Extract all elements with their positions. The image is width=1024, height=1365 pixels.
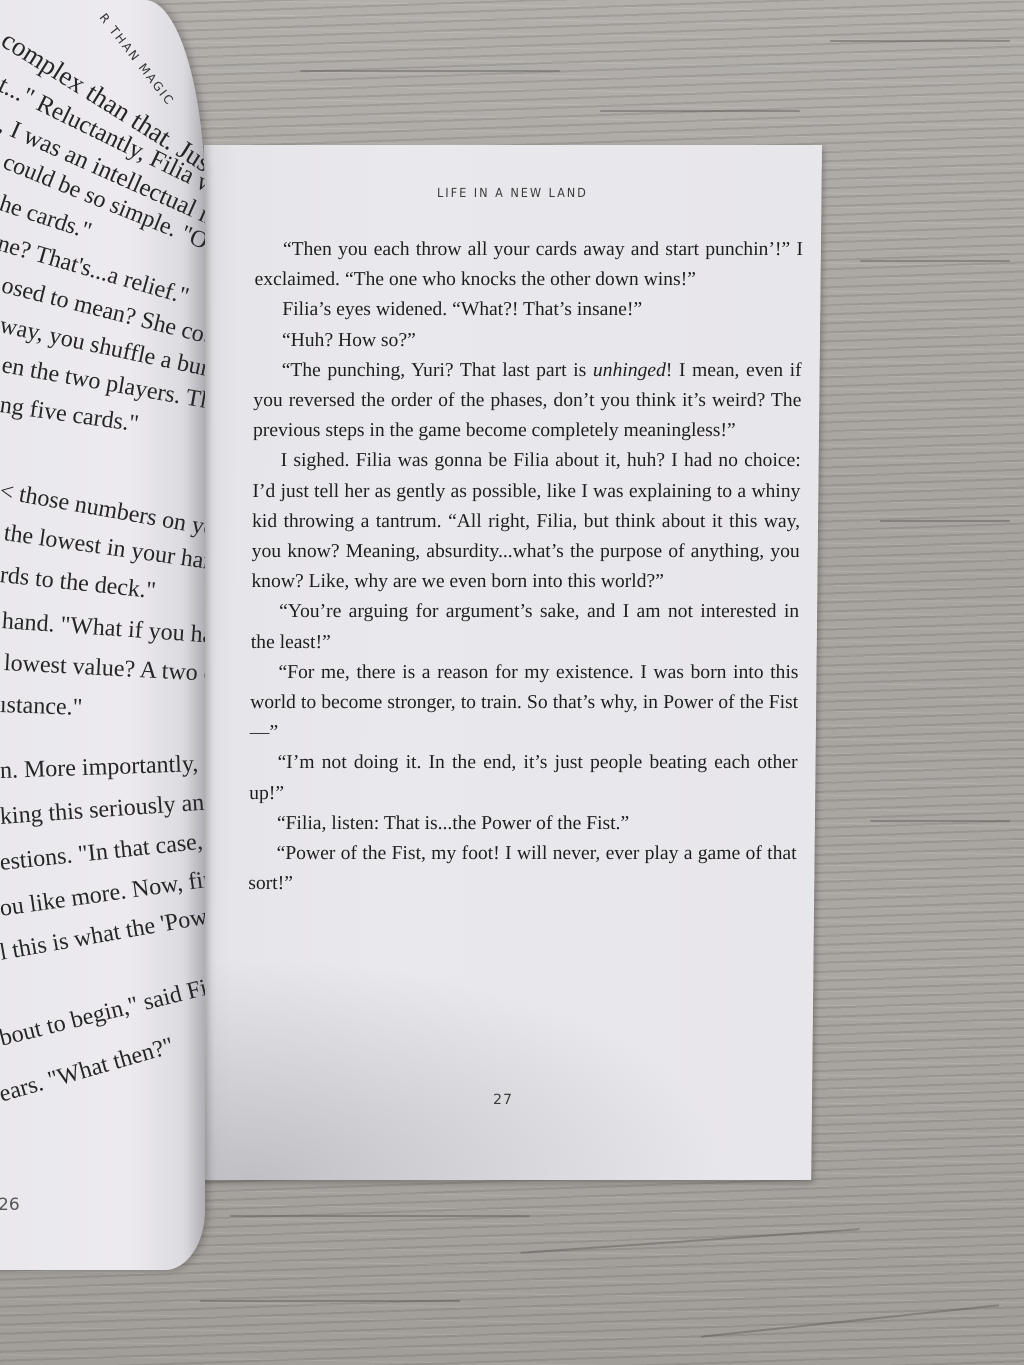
left-page-line: king this seriously and lis xyxy=(0,787,205,831)
left-page-line: lowest value? A two of xyxy=(3,650,205,688)
wood-grain xyxy=(200,1300,460,1302)
wood-grain xyxy=(701,1304,1000,1337)
paragraph: “For me, there is a reason for my existe… xyxy=(250,658,799,749)
paragraph: “I’m not doing it. In the end, it’s just… xyxy=(249,748,798,808)
page-number: 26 xyxy=(0,1195,20,1215)
paragraph: I sighed. Filia was gonna be Filia about… xyxy=(251,446,801,597)
left-page-line: bout to begin," said Fili xyxy=(0,972,205,1053)
paragraph: “The punching, Yuri? That last part is u… xyxy=(253,356,802,447)
right-page: LIFE IN A NEW LAND “Then you each throw … xyxy=(193,145,822,1180)
left-page-line: hand. "What if you have xyxy=(1,608,205,651)
left-page-curled: R THAN MAGIC complex than that. Just hea… xyxy=(0,0,205,1270)
text-run: “The punching, Yuri? That last part is xyxy=(282,360,594,381)
wood-grain xyxy=(600,110,800,112)
wood-grain xyxy=(870,820,1010,822)
paragraph: “Then you each throw all your cards away… xyxy=(254,235,803,295)
running-head: LIFE IN A NEW LAND xyxy=(203,185,821,200)
italic-emphasis: unhinged xyxy=(593,360,666,381)
paragraph: “You’re arguing for argument’s sake, and… xyxy=(251,597,800,657)
left-page-line: rds to the deck." xyxy=(0,562,157,605)
paragraph: Filia’s eyes widened. “What?! That’s ins… xyxy=(254,295,802,325)
page-number: 27 xyxy=(194,1092,812,1108)
wood-grain xyxy=(830,40,1010,42)
wood-grain xyxy=(860,260,1010,262)
left-page-line: ıstance." xyxy=(0,692,83,722)
paragraph: “Filia, listen: That is...the Power of t… xyxy=(249,809,797,839)
left-page-line: n. More importantly, it w xyxy=(0,750,205,785)
left-page-line: estions. "In that case, yo xyxy=(0,826,205,877)
wood-grain xyxy=(230,1215,530,1217)
wood-grain xyxy=(520,1228,859,1254)
wood-grain xyxy=(880,520,1010,522)
paragraph: “Power of the Fist, my foot! I will neve… xyxy=(248,839,797,899)
page-body-text: “Then you each throw all your cards away… xyxy=(248,235,803,899)
paragraph: “Huh? How so?” xyxy=(254,326,802,356)
wood-grain xyxy=(300,70,560,72)
